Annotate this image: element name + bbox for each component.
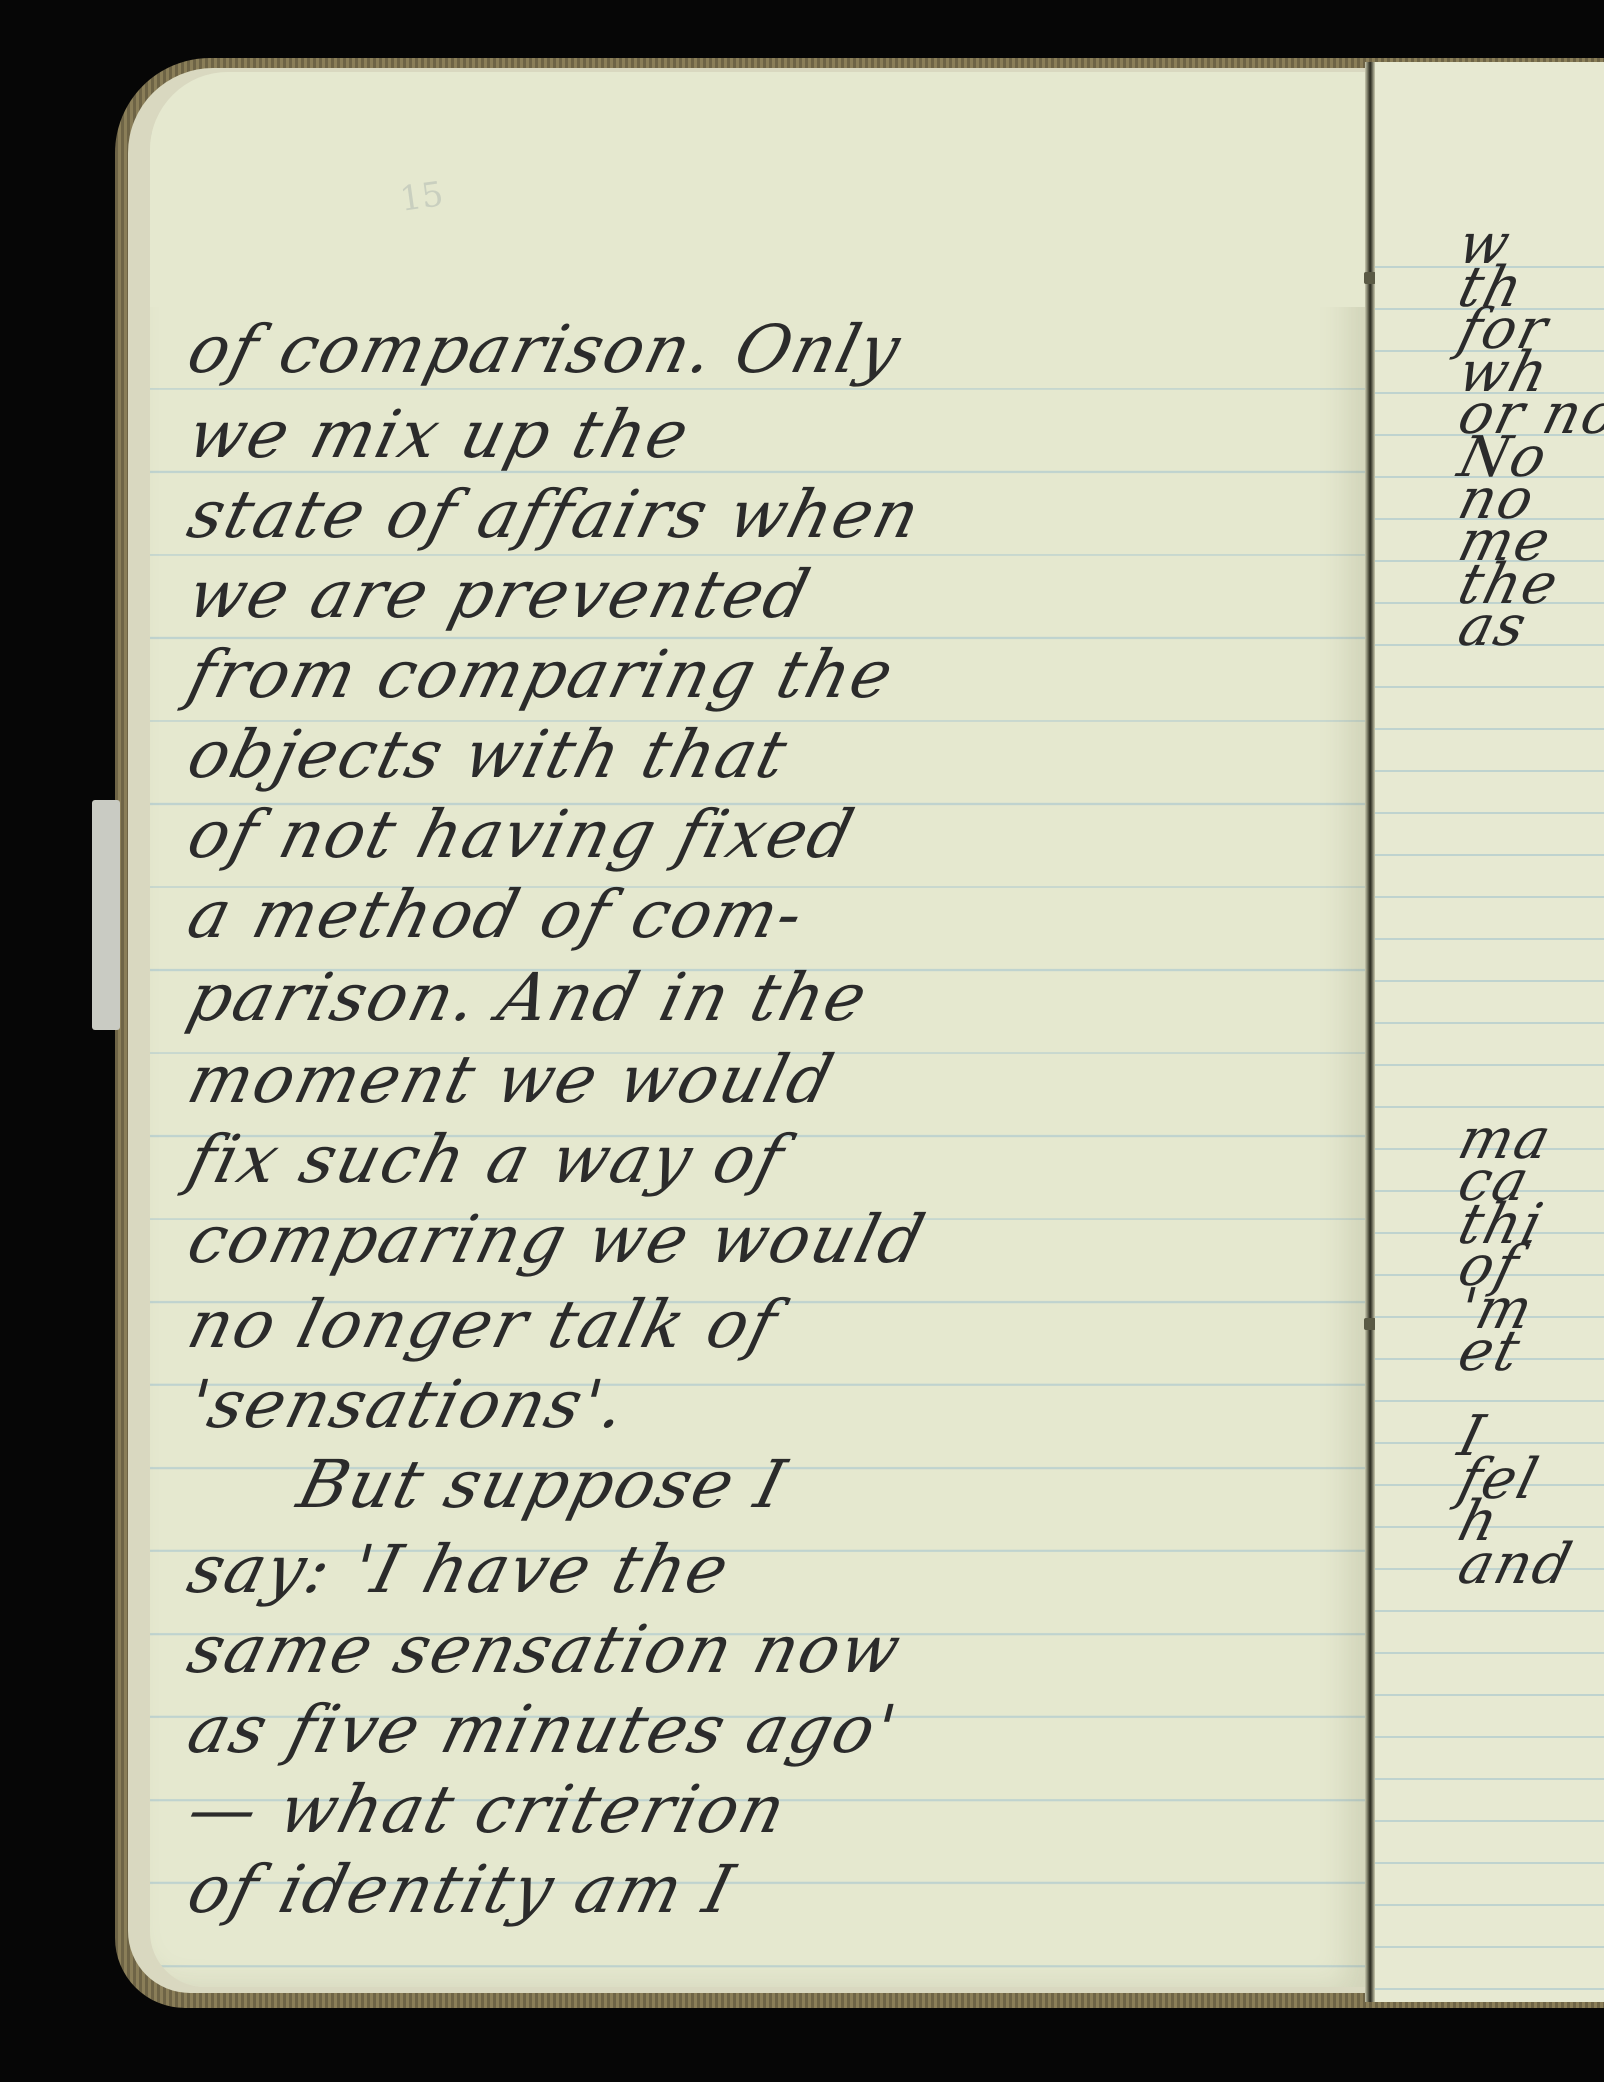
text-line: say: 'I have the bbox=[182, 1537, 737, 1603]
text-line: as five minutes ago' bbox=[182, 1697, 904, 1763]
text-line: from comparing the bbox=[182, 642, 901, 708]
text-line: of not having fixed bbox=[182, 802, 861, 868]
text-line: we are prevented bbox=[182, 562, 817, 628]
notebook-scene: 15 of comparison. Only we mix up the sta… bbox=[0, 0, 1604, 2082]
text-line: same sensation now bbox=[182, 1617, 909, 1683]
text-line: as bbox=[1453, 599, 1533, 655]
right-page: w th for wh or no No no me the as ma ca … bbox=[1375, 62, 1604, 2002]
text-line: 'sensations'. bbox=[182, 1372, 634, 1438]
text-line: — what criterion bbox=[182, 1777, 793, 1843]
text-line: and bbox=[1453, 1537, 1578, 1593]
text-line: a method of com- bbox=[182, 882, 811, 948]
text-line: state of affairs when bbox=[182, 482, 928, 548]
text-line: fix such a way of bbox=[182, 1127, 792, 1193]
left-page: 15 of comparison. Only we mix up the sta… bbox=[150, 72, 1365, 1987]
text-line: But suppose I bbox=[292, 1452, 794, 1518]
text-line: parison. And in the bbox=[182, 965, 875, 1031]
right-page-header-margin bbox=[1375, 62, 1604, 226]
text-line: of comparison. Only bbox=[182, 317, 908, 383]
text-line: objects with that bbox=[182, 722, 795, 788]
text-line: no longer talk of bbox=[182, 1292, 785, 1358]
text-line: et bbox=[1453, 1324, 1527, 1380]
text-line: moment we would bbox=[182, 1047, 841, 1113]
spine-tape bbox=[92, 800, 120, 1030]
page-number: 15 bbox=[397, 174, 445, 220]
page-gutter bbox=[1365, 62, 1375, 2002]
text-line: we mix up the bbox=[182, 402, 697, 468]
left-page-header-margin bbox=[150, 72, 1365, 307]
text-line: comparing we would bbox=[182, 1207, 932, 1273]
text-line: of identity am I bbox=[182, 1857, 742, 1923]
